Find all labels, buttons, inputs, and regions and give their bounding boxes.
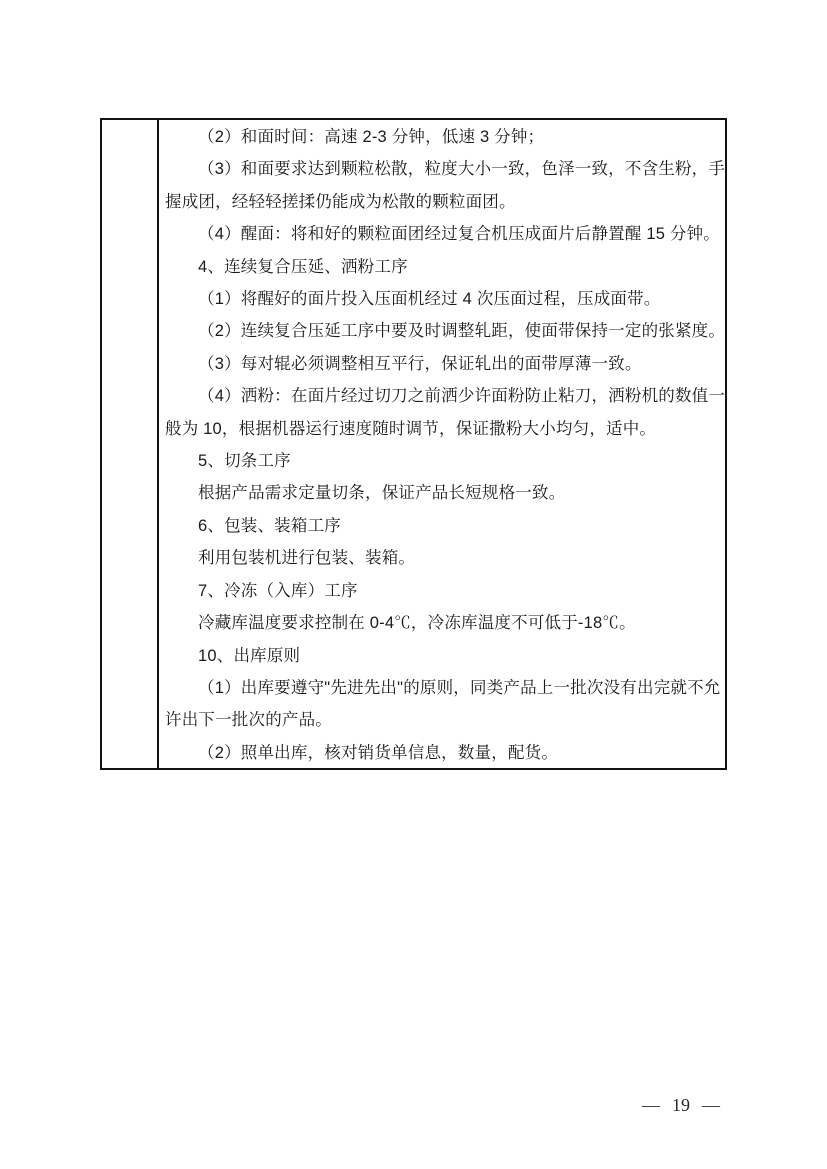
text-line: 握成团，经轻轻搓揉仍能成为松散的颗粒面团。 — [165, 186, 721, 218]
text-line: 许出下一批次的产品。 — [165, 704, 721, 736]
document-page: （2）和面时间：高速 2-3 分钟，低速 3 分钟；（3）和面要求达到颗粒松散，… — [0, 0, 827, 1169]
text-line: （1）出库要遵守"先进先出"的原则，同类产品上一批次没有出完就不允 — [165, 672, 721, 704]
text-line: （2）照单出库，核对销货单信息，数量，配货。 — [165, 737, 721, 768]
text-line: （4）洒粉：在面片经过切刀之前洒少许面粉防止粘刀，洒粉机的数值一 — [165, 380, 721, 412]
text-line: 4、连续复合压延、洒粉工序 — [165, 251, 721, 283]
text-line: （2）连续复合压延工序中要及时调整轧距，使面带保持一定的张紧度。 — [165, 315, 721, 347]
page-number-value: 19 — [672, 1095, 690, 1115]
text-line: 般为 10，根据机器运行速度随时调节，保证撒粉大小均匀，适中。 — [165, 413, 721, 445]
text-line: （3）和面要求达到颗粒松散，粒度大小一致，色泽一致，不含生粉，手 — [165, 153, 721, 185]
text-line: （2）和面时间：高速 2-3 分钟，低速 3 分钟； — [165, 121, 721, 153]
text-line: 根据产品需求定量切条，保证产品长短规格一致。 — [165, 477, 721, 509]
text-line: 利用包装机进行包装、装箱。 — [165, 542, 721, 574]
text-line: （3）每对辊必须调整相互平行，保证轧出的面带厚薄一致。 — [165, 348, 721, 380]
page-number: —19— — [642, 1095, 720, 1116]
page-number-dash-left: — — [642, 1095, 660, 1115]
table-content-cell: （2）和面时间：高速 2-3 分钟，低速 3 分钟；（3）和面要求达到颗粒松散，… — [159, 120, 725, 768]
text-line: 5、切条工序 — [165, 445, 721, 477]
text-line: （4）醒面：将和好的颗粒面团经过复合机压成面片后静置醒 15 分钟。 — [165, 218, 721, 250]
text-line: 7、冷冻（入库）工序 — [165, 575, 721, 607]
table-left-cell — [102, 120, 159, 768]
process-table: （2）和面时间：高速 2-3 分钟，低速 3 分钟；（3）和面要求达到颗粒松散，… — [100, 118, 727, 770]
text-line: 10、出库原则 — [165, 640, 721, 672]
text-line: 冷藏库温度要求控制在 0-4℃，冷冻库温度不可低于-18℃。 — [165, 607, 721, 639]
page-number-dash-right: — — [702, 1095, 720, 1115]
text-line: 6、包装、装箱工序 — [165, 510, 721, 542]
text-line: （1）将醒好的面片投入压面机经过 4 次压面过程，压成面带。 — [165, 283, 721, 315]
